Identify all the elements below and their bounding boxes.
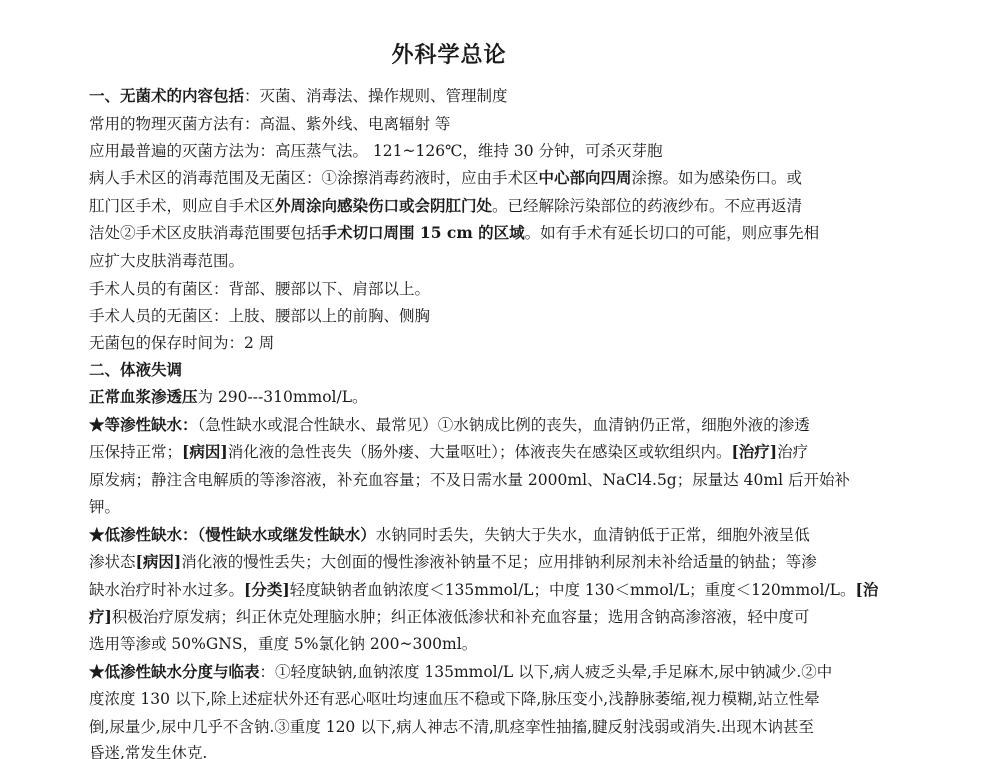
text-line: 一、无菌术的内容包括：灭菌、消毒法、操作规则、管理制度 (89, 86, 508, 106)
text-line: 原发病；静注含电解质的等渗溶液，补充血容量；不及日需水量 2000ml、NaCl… (89, 470, 850, 490)
text-line: 无菌包的保存时间为：2 周 (89, 333, 274, 353)
text-span: 无菌包的保存时间为：2 周 (89, 334, 274, 352)
text-span: 治疗 (777, 443, 808, 461)
bold-text: ★等渗性缺水： (89, 415, 198, 434)
text-span: 积极治疗原发病；纠正休克处理脑水肿；纠正体液低渗状和补充血容量；选用含钠高渗溶液… (112, 608, 810, 626)
bold-text: [病因] (182, 442, 228, 461)
bold-text: 中心部向四周 (539, 168, 632, 187)
text-line: 压保持正常；[病因]消化液的急性丧失（肠外瘘、大量呕吐）；体液丧失在感染区或软组… (89, 442, 808, 462)
bold-text: 疗] (89, 607, 112, 626)
text-span: ：①轻度缺钠,血钠浓度 135mmol/L 以下,病人疲乏头晕,手足麻木,尿中钠… (260, 663, 833, 681)
text-span: 。已经解除污染部位的药液纱布。不应再返清 (492, 197, 802, 215)
text-span: 应扩大皮肤消毒范围。 (89, 252, 244, 270)
text-span: 。如有手术有延长切口的可能，则应事先相 (525, 224, 820, 242)
text-span: 昏迷,常发生休克. (89, 744, 207, 759)
text-span: 手术人员的无菌区：上肢、腰部以上的前胸、侧胸 (89, 307, 430, 325)
text-span: 度浓度 130 以下,除上述症状外还有恶心呕吐均速血压不稳或下降,脉压变小,浅静… (89, 690, 820, 708)
text-line: 疗]积极治疗原发病；纠正休克处理脑水肿；纠正体液低渗状和补充血容量；选用含钠高渗… (89, 607, 809, 627)
text-line: 正常血浆渗透压为 290---310mmol/L。 (89, 387, 368, 407)
bold-text: ★低渗性缺水分度与临表 (89, 662, 260, 681)
text-span: ：灭菌、消毒法、操作规则、管理制度 (244, 87, 508, 105)
bold-text: [分类] (244, 580, 290, 599)
text-span: 病人手术区的消毒范围及无菌区：①涂擦消毒药液时，应由手术区 (89, 169, 539, 187)
text-line: 二、体液失调 (89, 360, 182, 380)
bold-text: 外周涂向感染伤口或会阴肛门处 (275, 196, 492, 215)
text-span: 原发病；静注含电解质的等渗溶液，补充血容量；不及日需水量 2000ml、NaCl… (89, 471, 850, 489)
text-line: 倒,尿量少,尿中几乎不含钠.③重度 120 以下,病人神志不清,肌痉挛性抽搐,腱… (89, 717, 814, 737)
text-line: 洁处②手术区皮肤消毒范围要包括手术切口周围 15 cm 的区域。如有手术有延长切… (89, 223, 819, 243)
text-span: 常用的物理灭菌方法有：高温、紫外线、电离辐射 等 (89, 115, 450, 133)
text-line: 度浓度 130 以下,除上述症状外还有恶心呕吐均速血压不稳或下降,脉压变小,浅静… (89, 689, 820, 709)
text-line: 缺水治疗时补水过多。[分类]轻度缺钠者血钠浓度＜135mmol/L；中度 130… (89, 580, 878, 600)
text-span: 涂擦。如为感染伤口。或 (632, 169, 803, 187)
text-span: 消化液的急性丧失（肠外瘘、大量呕吐）；体液丧失在感染区或软组织内。 (228, 443, 732, 461)
text-span: 选用等渗或 50%GNS，重度 5%氯化钠 200~300ml。 (89, 635, 477, 653)
text-span: 肛门区手术，则应自手术区 (89, 197, 275, 215)
text-line: 应扩大皮肤消毒范围。 (89, 251, 244, 271)
bold-text: 手术切口周围 15 cm 的区域 (322, 223, 525, 242)
bold-text: [病因] (136, 552, 182, 571)
bold-text: [治疗] (731, 442, 777, 461)
bold-text: 一、无菌术的内容包括 (89, 86, 244, 105)
text-span: 渗状态 (89, 553, 136, 571)
text-span: （急性缺水或混合性缺水、最常见）①水钠成比例的丧失，血清钠仍正常，细胞外液的渗透 (198, 416, 810, 434)
text-span: 钾。 (89, 498, 120, 516)
text-span: 轻度缺钠者血钠浓度＜135mmol/L；中度 130＜mmol/L；重度＜120… (290, 581, 856, 599)
text-span: 应用最普遍的灭菌方法为：高压蒸气法。 121~126℃，维持 30 分钟，可杀灭… (89, 142, 663, 160)
bold-text: ★低渗性缺水：（慢性缺水或继发性缺水） (89, 525, 376, 544)
text-span: 倒,尿量少,尿中几乎不含钠.③重度 120 以下,病人神志不清,肌痉挛性抽搐,腱… (89, 718, 814, 736)
text-span: 压保持正常； (89, 443, 182, 461)
text-line: 钾。 (89, 497, 120, 517)
text-line: 手术人员的无菌区：上肢、腰部以上的前胸、侧胸 (89, 306, 430, 326)
text-span: 为 290---310mmol/L。 (198, 388, 368, 406)
text-line: 常用的物理灭菌方法有：高温、紫外线、电离辐射 等 (89, 114, 450, 134)
text-line: 手术人员的有菌区：背部、腰部以下、肩部以上。 (89, 279, 430, 299)
text-span: 水钠同时丢失，失钠大于失水，血清钠低于正常，细胞外液呈低 (376, 526, 810, 544)
text-line: ★等渗性缺水：（急性缺水或混合性缺水、最常见）①水钠成比例的丧失，血清钠仍正常，… (89, 415, 810, 435)
text-line: 选用等渗或 50%GNS，重度 5%氯化钠 200~300ml。 (89, 634, 477, 654)
text-line: 昏迷,常发生休克. (89, 743, 207, 759)
text-line: ★低渗性缺水：（慢性缺水或继发性缺水）水钠同时丢失，失钠大于失水，血清钠低于正常… (89, 525, 810, 545)
text-span: 消化液的慢性丢失；大创面的慢性渗液补钠量不足；应用排钠利尿剂未补给适量的钠盐；等… (181, 553, 817, 571)
text-span: 手术人员的有菌区：背部、腰部以下、肩部以上。 (89, 280, 430, 298)
bold-text: [治 (855, 580, 878, 599)
text-span: 缺水治疗时补水过多。 (89, 581, 244, 599)
document-title: 外科学总论 (89, 38, 809, 69)
text-line: 应用最普遍的灭菌方法为：高压蒸气法。 121~126℃，维持 30 分钟，可杀灭… (89, 141, 663, 161)
bold-text: 正常血浆渗透压 (89, 387, 198, 406)
text-line: 渗状态[病因]消化液的慢性丢失；大创面的慢性渗液补钠量不足；应用排钠利尿剂未补给… (89, 552, 817, 572)
bold-text: 二、体液失调 (89, 360, 182, 379)
text-line: 病人手术区的消毒范围及无菌区：①涂擦消毒药液时，应由手术区中心部向四周涂擦。如为… (89, 168, 802, 188)
text-span: 洁处②手术区皮肤消毒范围要包括 (89, 224, 322, 242)
text-line: ★低渗性缺水分度与临表：①轻度缺钠,血钠浓度 135mmol/L 以下,病人疲乏… (89, 662, 832, 682)
text-line: 肛门区手术，则应自手术区外周涂向感染伤口或会阴肛门处。已经解除污染部位的药液纱布… (89, 196, 802, 216)
